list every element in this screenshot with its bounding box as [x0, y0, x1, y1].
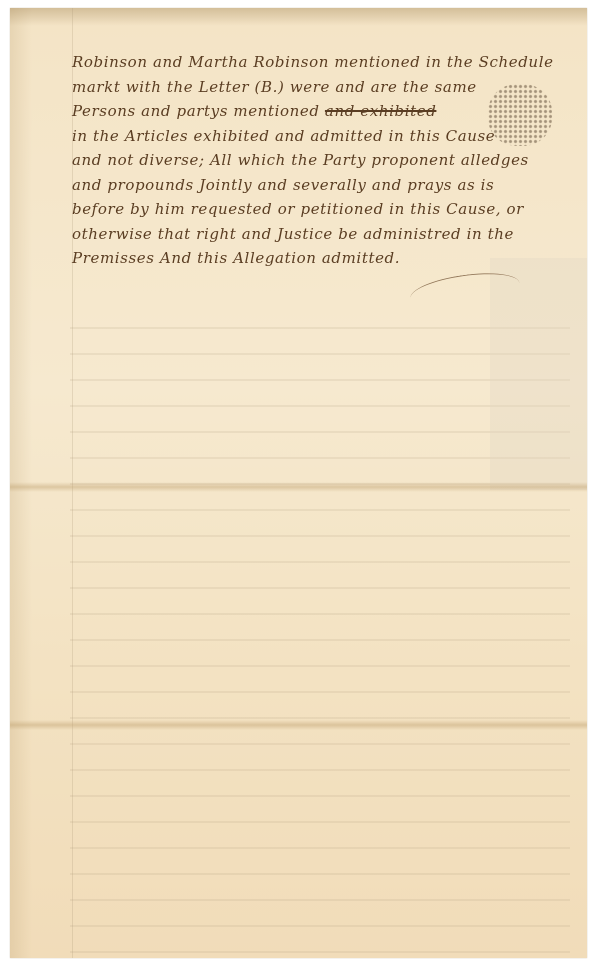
text-line-main: Persons and partys mentioned — [72, 102, 320, 120]
struck-through-text: and exhibited — [325, 102, 436, 120]
text-line: Premisses And this Allegation admitted. — [72, 246, 572, 271]
fold-line — [10, 720, 587, 730]
fold-line — [10, 482, 587, 492]
text-line: otherwise that right and Justice be admi… — [72, 222, 572, 247]
text-line: and not diverse; All which the Party pro… — [72, 148, 572, 173]
text-line: and propounds Jointly and severally and … — [72, 173, 572, 198]
ink-blot — [488, 84, 552, 146]
handwritten-text: Robinson and Martha Robinson mentioned i… — [72, 50, 572, 271]
text-line: before by him requested or petitioned in… — [72, 197, 572, 222]
text-line: Robinson and Martha Robinson mentioned i… — [72, 50, 572, 75]
